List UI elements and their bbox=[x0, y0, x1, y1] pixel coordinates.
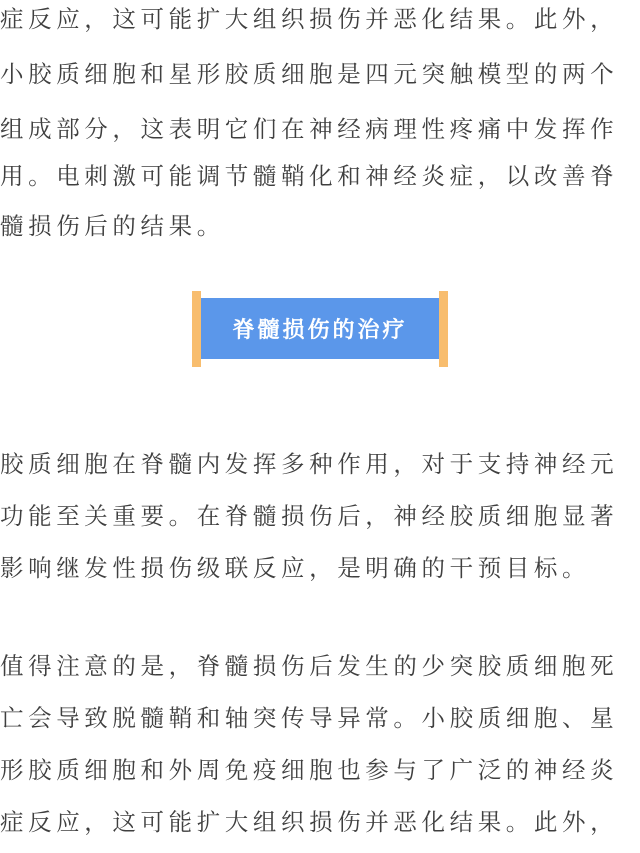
text-line: 组成部分，这表明它们在神经病理性疼痛中发挥作 bbox=[0, 114, 618, 144]
text-line: 功能至关重要。在脊髓损伤后，神经胶质细胞显著 bbox=[0, 501, 618, 531]
text-line: 小胶质细胞和星形胶质细胞是四元突触模型的两个 bbox=[0, 59, 618, 89]
text-line: 症反应，这可能扩大组织损伤并恶化结果。此外， bbox=[0, 4, 618, 34]
text-line: 症反应，这可能扩大组织损伤并恶化结果。此外， bbox=[0, 807, 618, 837]
text-line: 胶质细胞在脊髓内发挥多种作用，对于支持神经元 bbox=[0, 449, 618, 479]
text-line: 影响继发性损伤级联反应，是明确的干预目标。 bbox=[0, 553, 590, 583]
heading-box: 脊髓损伤的治疗 bbox=[201, 298, 439, 359]
text-line: 髓损伤后的结果。 bbox=[0, 211, 225, 241]
text-line: 用。电刺激可能调节髓鞘化和神经炎症，以改善脊 bbox=[0, 161, 618, 191]
section-heading-title: 脊髓损伤的治疗 bbox=[232, 313, 407, 344]
heading-right-bar bbox=[439, 291, 448, 367]
text-line: 值得注意的是，脊髓损伤后发生的少突胶质细胞死 bbox=[0, 651, 618, 681]
heading-left-bar bbox=[192, 291, 201, 367]
text-line: 亡会导致脱髓鞘和轴突传导异常。小胶质细胞、星 bbox=[0, 703, 618, 733]
text-line: 形胶质细胞和外周免疫细胞也参与了广泛的神经炎 bbox=[0, 755, 618, 785]
section-heading: 脊髓损伤的治疗 bbox=[192, 291, 448, 367]
